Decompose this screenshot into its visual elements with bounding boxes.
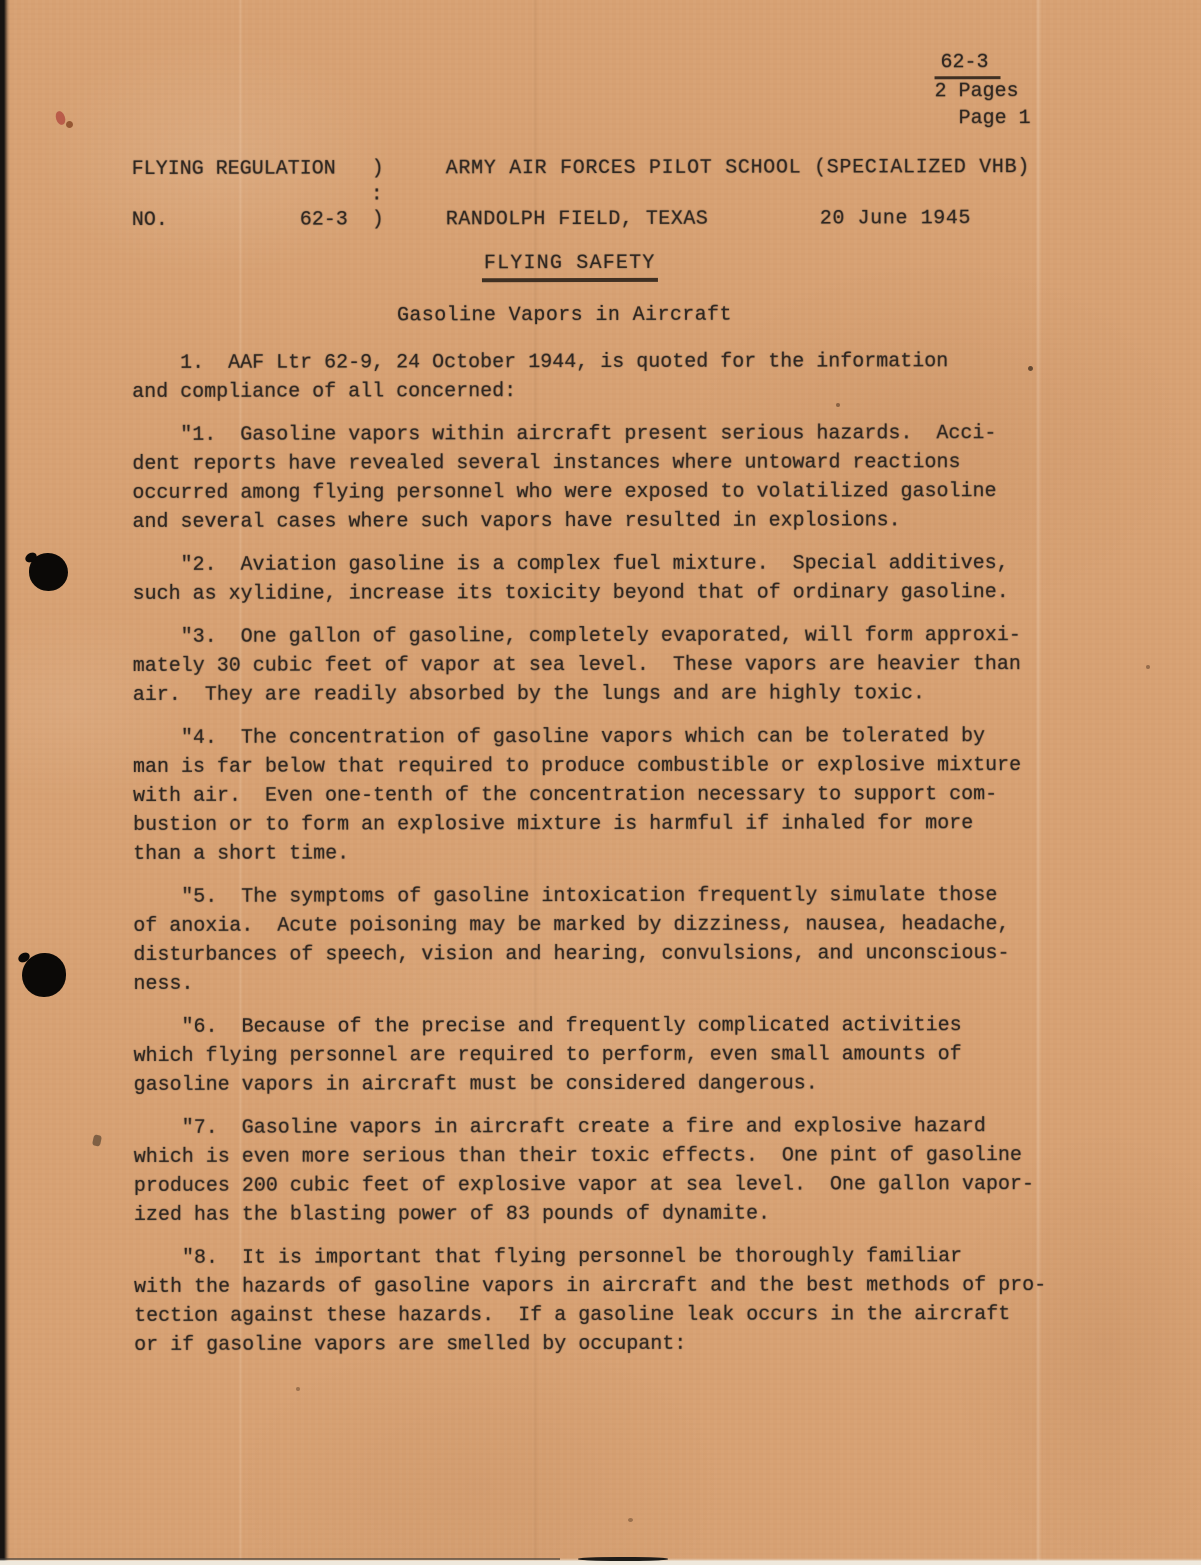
text-line: gasoline vapors in aircraft must be cons… [134, 1069, 1124, 1100]
regulation-colon: : [371, 183, 383, 206]
text-line: and compliance of all concerned: [132, 376, 1122, 407]
text-line: and several cases where such vapors have… [132, 506, 1122, 537]
text-line: "8. It is important that flying personne… [134, 1242, 1124, 1273]
text-line: "5. The symptoms of gasoline intoxicatio… [133, 881, 1123, 912]
text-line: "7. Gasoline vapors in aircraft create a… [134, 1112, 1124, 1143]
text-line: than a short time. [133, 838, 1123, 869]
text-line: man is far below that required to produc… [133, 751, 1123, 782]
quoted-paragraph-8: "8. It is important that flying personne… [134, 1242, 1124, 1360]
text-line: bustion or to form an explosive mixture … [133, 809, 1123, 840]
text-line: or if gasoline vapors are smelled by occ… [134, 1329, 1124, 1360]
document-content: 62-3 2 Pages Page 1 FLYING REGULATION ) … [0, 0, 1201, 1565]
organization-name: ARMY AIR FORCES PILOT SCHOOL (SPECIALIZE… [446, 156, 1030, 180]
document-number-underline [935, 76, 1001, 79]
text-line: which flying personnel are required to p… [134, 1040, 1124, 1071]
text-line: with the hazards of gasoline vapors in a… [134, 1271, 1124, 1302]
text-line: dent reports have revealed several insta… [132, 448, 1122, 479]
text-line: "6. Because of the precise and frequentl… [133, 1011, 1123, 1042]
text-line: tection against these hazards. If a gaso… [134, 1300, 1124, 1331]
text-line: "3. One gallon of gasoline, completely e… [133, 621, 1123, 652]
quoted-paragraph-3: "3. One gallon of gasoline, completely e… [133, 621, 1123, 710]
text-line: which is even more serious than their to… [134, 1141, 1124, 1172]
text-line: ized has the blasting power of 83 pounds… [134, 1199, 1124, 1230]
regulation-label: FLYING REGULATION ) [132, 157, 384, 181]
text-line: ness. [133, 968, 1123, 999]
text-line: "1. Gasoline vapors within aircraft pres… [132, 419, 1122, 450]
organization-location: RANDOLPH FIELD, TEXAS [446, 208, 709, 232]
document-date: 20 June 1945 [820, 207, 971, 230]
text-line: air. They are readily absorbed by the lu… [133, 679, 1123, 710]
document-title: FLYING SAFETY [482, 252, 658, 282]
text-line: occurred among flying personnel who were… [132, 477, 1122, 508]
text-line: 1. AAF Ltr 62-9, 24 October 1944, is quo… [132, 347, 1122, 378]
quoted-paragraph-2: "2. Aviation gasoline is a complex fuel … [133, 549, 1123, 609]
text-line: such as xylidine, increase its toxicity … [133, 578, 1123, 609]
text-line: with air. Even one-tenth of the concentr… [133, 780, 1123, 811]
text-line: of anoxia. Acute poisoning may be marked… [133, 910, 1123, 941]
quoted-paragraph-6: "6. Because of the precise and frequentl… [133, 1011, 1123, 1100]
page-number: Page 1 [959, 107, 1031, 130]
quoted-paragraph-4: "4. The concentration of gasoline vapors… [133, 722, 1123, 869]
quoted-paragraph-1: "1. Gasoline vapors within aircraft pres… [132, 419, 1122, 537]
page-count: 2 Pages [935, 80, 1019, 103]
text-line: mately 30 cubic feet of vapor at sea lev… [133, 650, 1123, 681]
opening-paragraph: 1. AAF Ltr 62-9, 24 October 1944, is quo… [132, 347, 1122, 407]
scanned-document-page: 62-3 2 Pages Page 1 FLYING REGULATION ) … [0, 0, 1201, 1565]
text-line: disturbances of speech, vision and heari… [133, 939, 1123, 970]
text-line: "2. Aviation gasoline is a complex fuel … [133, 549, 1123, 580]
regulation-number: NO. 62-3 ) [132, 208, 384, 232]
document-body: 1. AAF Ltr 62-9, 24 October 1944, is quo… [132, 347, 1124, 1360]
quoted-paragraph-7: "7. Gasoline vapors in aircraft create a… [134, 1112, 1124, 1230]
document-subtitle: Gasoline Vapors in Aircraft [397, 304, 732, 328]
document-number: 62-3 [940, 51, 988, 74]
text-line: "4. The concentration of gasoline vapors… [133, 722, 1123, 753]
text-line: produces 200 cubic feet of explosive vap… [134, 1170, 1124, 1201]
quoted-paragraph-5: "5. The symptoms of gasoline intoxicatio… [133, 881, 1123, 999]
